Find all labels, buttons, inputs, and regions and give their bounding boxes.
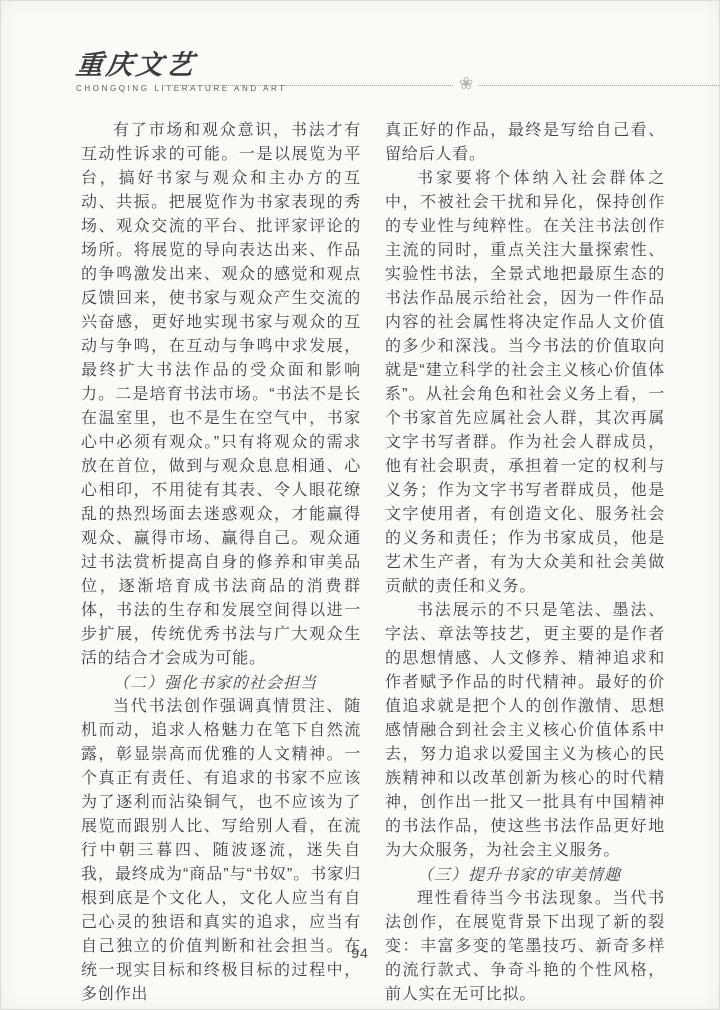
article-body: 有了市场和观众意识，书法才有互动性诉求的可能。一是以展览为平台，搞好书家与观众和…: [1, 119, 720, 1007]
masthead-dotted-rule: [164, 85, 719, 86]
column-right: 真正好的作品，最终是写给自己看、留给后人看。 书家要将个体纳入社会群体之中，不被…: [385, 119, 665, 1007]
paragraph: 有了市场和观众意识，书法才有互动性诉求的可能。一是以展览为平台，搞好书家与观众和…: [81, 119, 361, 671]
paragraph-continued: 真正好的作品，最终是写给自己看、留给后人看。: [385, 119, 665, 167]
page-number: 94: [1, 945, 719, 961]
section-heading: （二）强化书家的社会担当: [81, 671, 361, 695]
magazine-page: 重庆文艺 CHONGQING LITERATURE AND ART ❀ 有了市场…: [0, 0, 720, 1010]
journal-logo-chinese: 重庆文艺: [74, 51, 197, 81]
journal-logo: 重庆文艺 CHONGQING LITERATURE AND ART: [76, 51, 287, 93]
florette-icon: ❀: [454, 73, 478, 95]
section-heading: （三）提升书家的审美情趣: [385, 863, 665, 887]
paragraph: 书法展示的不只是笔法、墨法、字法、章法等技艺，更主要的是作者的思想情感、人文修养…: [385, 599, 665, 863]
column-left: 有了市场和观众意识，书法才有互动性诉求的可能。一是以展览为平台，搞好书家与观众和…: [81, 119, 361, 1007]
masthead: 重庆文艺 CHONGQING LITERATURE AND ART ❀: [76, 51, 719, 103]
paragraph: 书家要将个体纳入社会群体之中，不被社会干扰和异化，保持创作的专业性与纯粹性。在关…: [385, 167, 665, 599]
